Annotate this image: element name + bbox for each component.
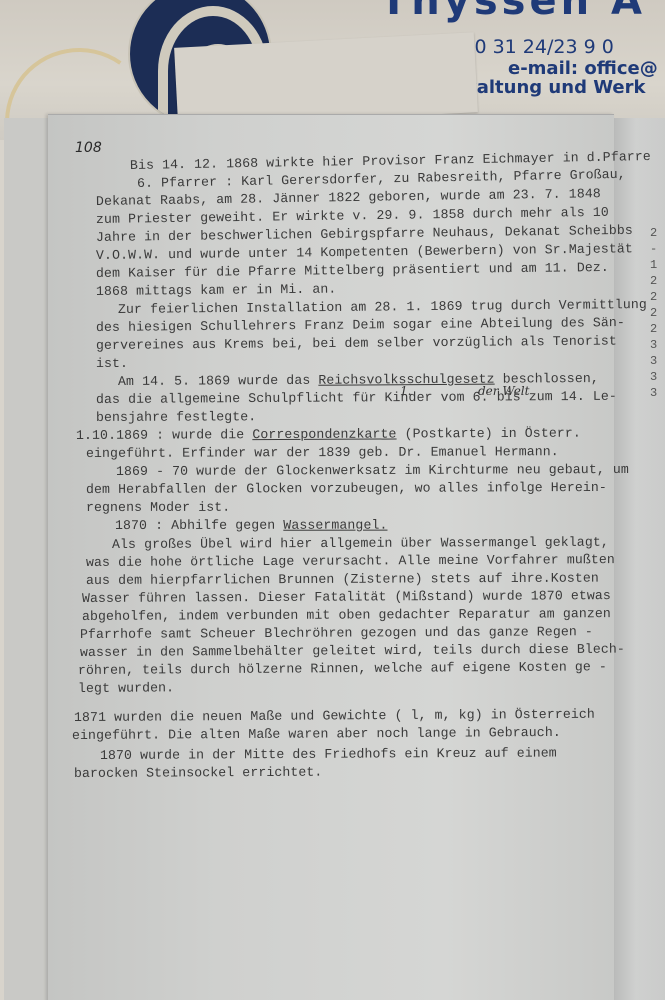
handwritten-annotation: der Welt: [478, 384, 529, 398]
adjacent-page-fragment: 2: [650, 321, 657, 337]
text-line: 1.10.1869 : wurde die Correspondenzkarte…: [76, 426, 581, 443]
letterhead-phone: : 0 31 24/23 9 0: [462, 36, 614, 58]
handwritten-annotation: 1.: [400, 384, 411, 398]
adjacent-page-fragment: 3: [650, 385, 657, 401]
adjacent-page-fragment: 2: [650, 305, 657, 321]
adjacent-page-fragment: -: [650, 241, 657, 257]
text-line: 1869 - 70 wurde der Glockenwerksatz im K…: [116, 462, 629, 479]
text-line: aus dem hierpfarrlichen Brunnen (Zistern…: [86, 571, 599, 588]
letterhead-company: Thyssen A: [380, 0, 646, 24]
text-line: ist.: [96, 356, 128, 371]
underlined-term: Wassermangel.: [283, 518, 387, 533]
text-line: barocken Steinsockel errichtet.: [74, 765, 323, 781]
adjacent-page-fragment: 2: [650, 225, 657, 241]
text-line: bensjahre festlegte.: [96, 409, 256, 425]
text-line: was die hohe örtliche Lage verursacht. A…: [86, 552, 615, 570]
text-line: eingeführt. Die alten Maße waren aber no…: [72, 725, 561, 743]
text-line: Wasser führen lassen. Dieser Fatalität (…: [82, 588, 611, 606]
adjacent-page-fragment: 3: [650, 353, 657, 369]
text-line: 1868 mittags kam er in Mi. an.: [96, 282, 337, 299]
text-line: dem Herabfallen der Glocken vorzubeugen,…: [86, 480, 607, 497]
text-line: abgeholfen, indem verbunden mit oben ged…: [82, 606, 611, 624]
text-line: Als großes Übel wird hier allgemein über…: [112, 535, 609, 552]
underlined-term: Correspondenzkarte: [252, 426, 396, 442]
text-line: 1870 : Abhilfe gegen Wassermangel.: [115, 518, 388, 533]
letterhead-tagline: valtung und Werk: [465, 77, 645, 98]
adjacent-page-fragment: 3: [650, 369, 657, 385]
page-number: 108: [75, 140, 102, 156]
adjacent-page-fragments: 2-122223333: [650, 225, 657, 401]
adjacent-page-fragment: 1: [650, 257, 657, 273]
text-line: eingeführt. Erfinder war der 1839 geb. D…: [86, 444, 559, 461]
adjacent-page-fragment: 2: [650, 289, 657, 305]
text-line: legt wurden.: [78, 680, 174, 696]
adjacent-page-fragment: 2: [650, 273, 657, 289]
text-line: 1870 wurde in der Mitte des Friedhofs ei…: [100, 745, 557, 763]
text-line: Pfarrhofe samt Scheuer Blechröhren gezog…: [80, 624, 593, 642]
letterhead-email: e-mail: office@: [508, 58, 658, 79]
text-line: regnens Moder ist.: [86, 500, 230, 515]
adjacent-page-fragment: 3: [650, 337, 657, 353]
